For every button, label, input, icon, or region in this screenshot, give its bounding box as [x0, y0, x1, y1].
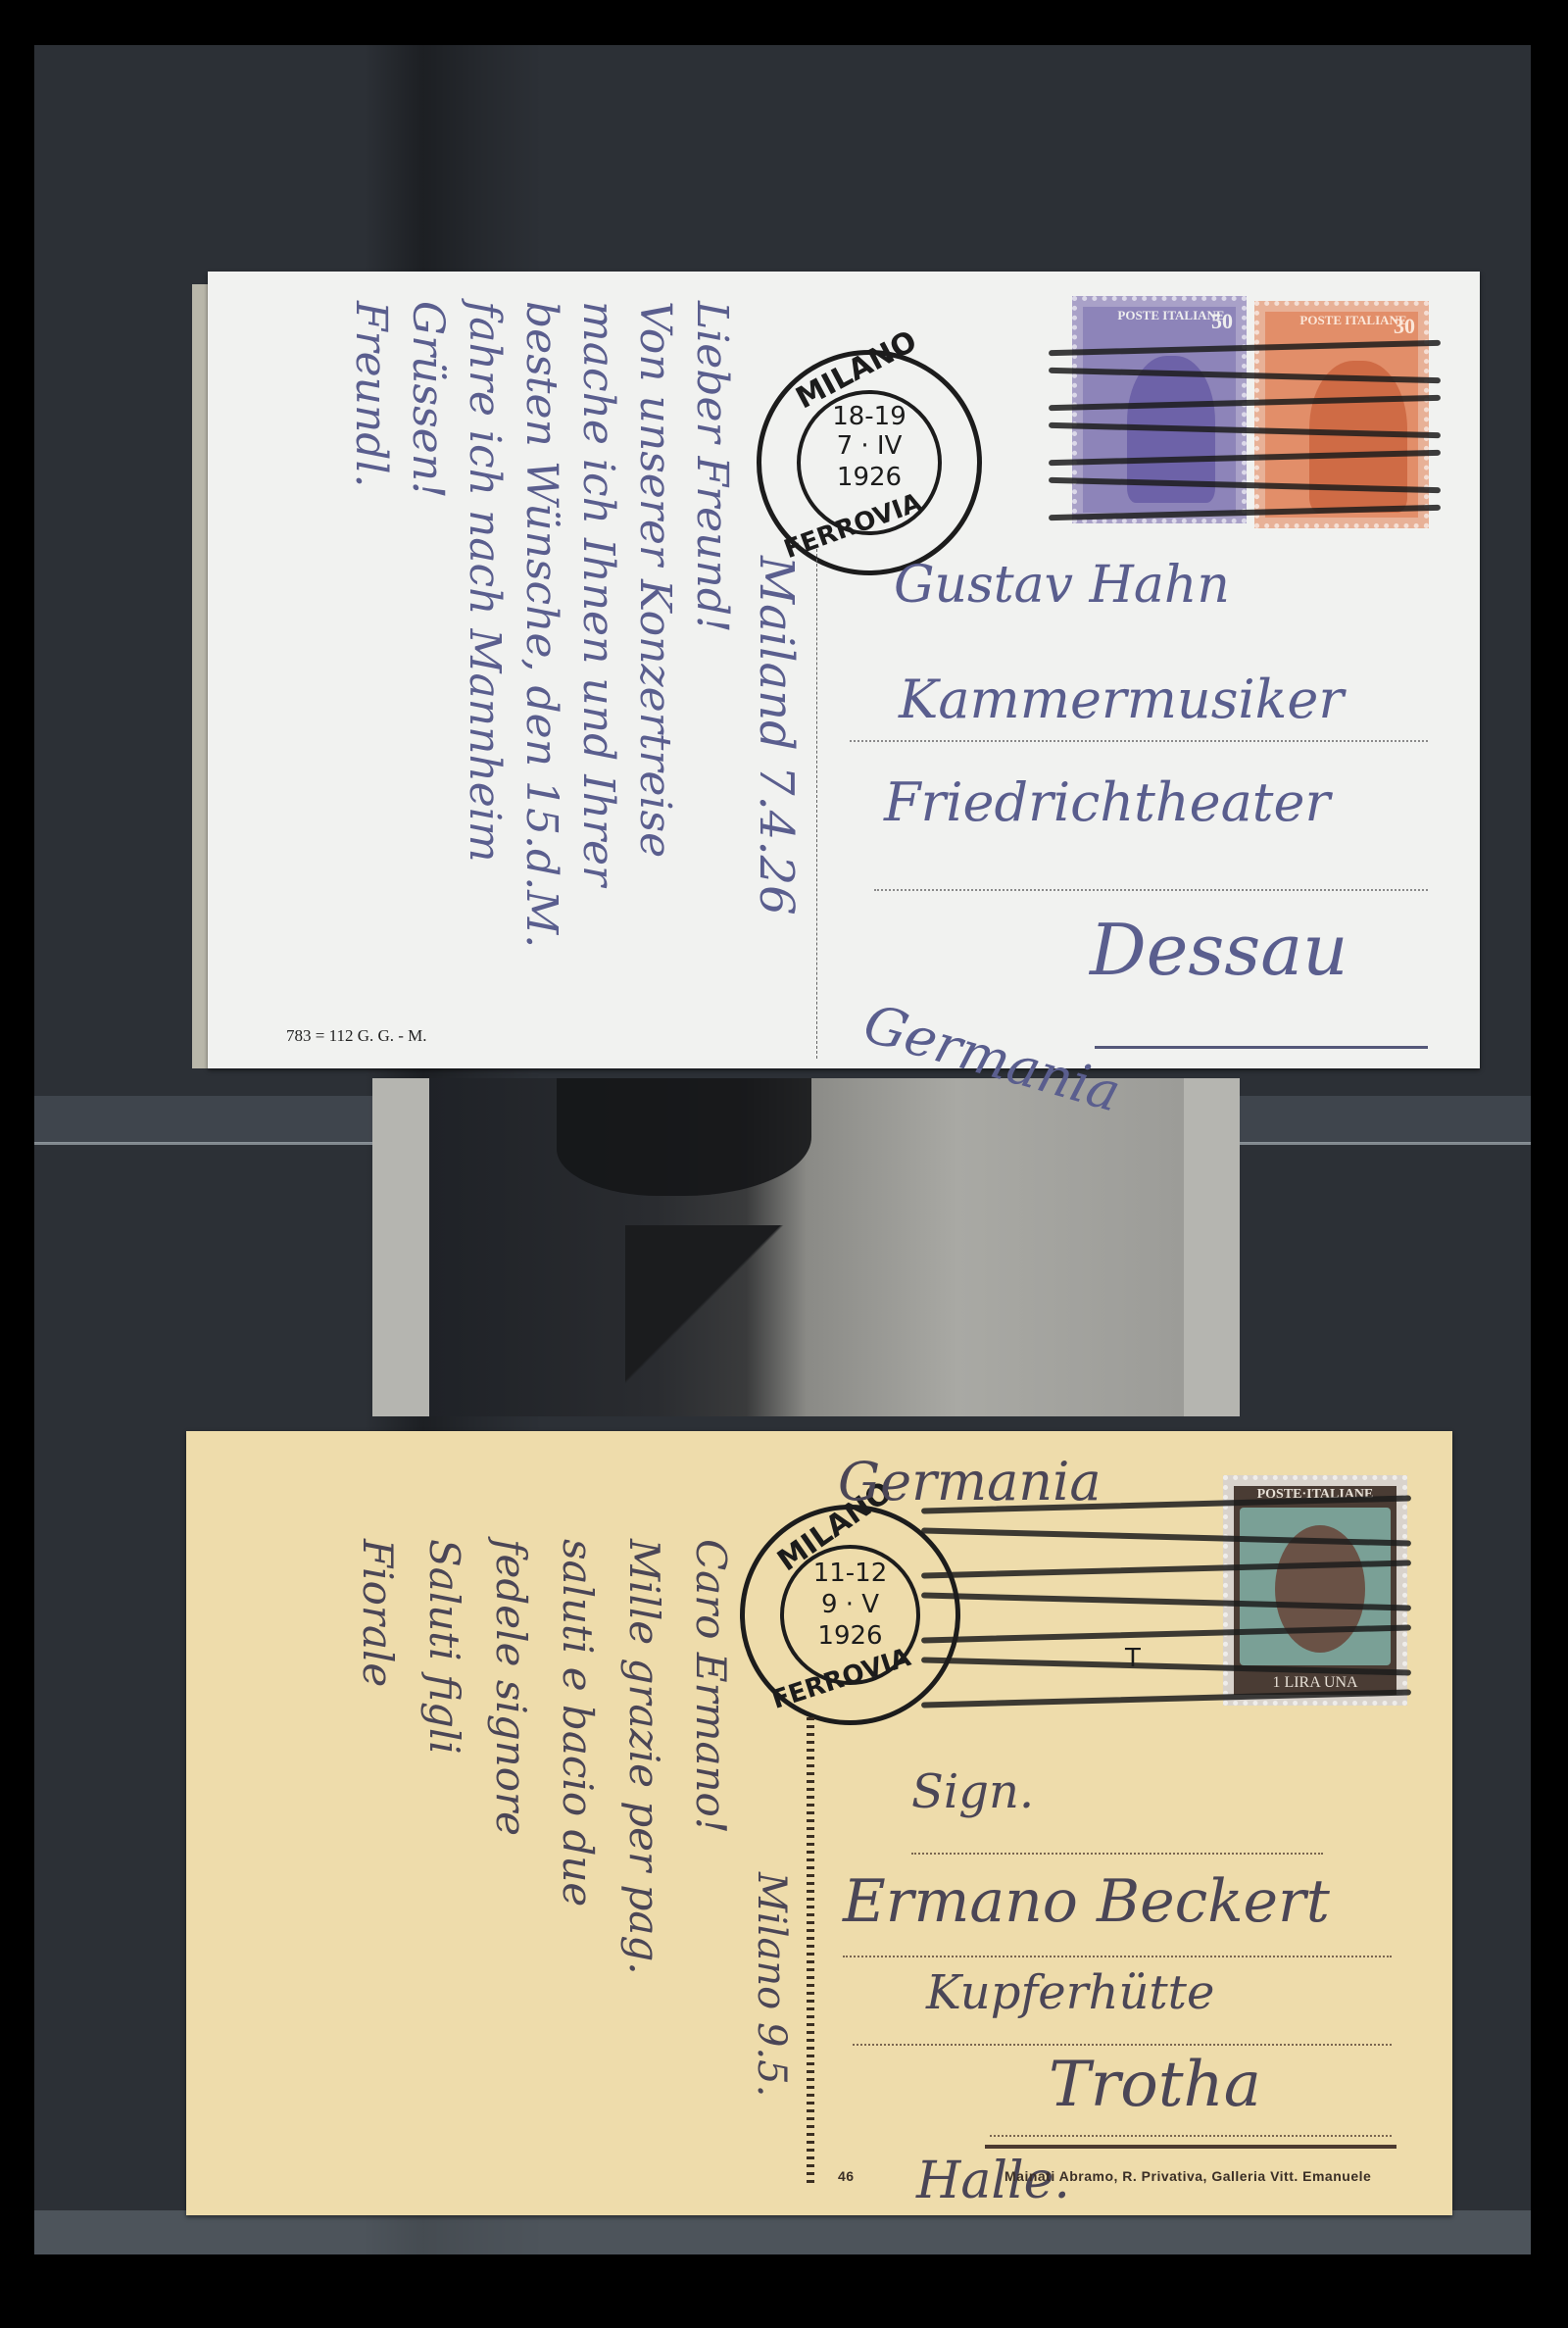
address-line: Trotha: [1049, 2049, 1261, 2121]
address-rule: [911, 1853, 1323, 1855]
cancel-letter: T: [1125, 1644, 1141, 1673]
photo-hill: [625, 1225, 821, 1416]
message-line: Grüssen!: [403, 301, 453, 499]
message-line: saluti e bacio due: [554, 1539, 602, 1907]
postcard-bottom[interactable]: POSTE·ITALIANE 1 LIRA UNA T 11-12 9 · V …: [186, 1431, 1452, 2215]
stamp-value: 50: [1211, 309, 1233, 334]
message-line: Fiorale: [354, 1539, 402, 1687]
address-line: Dessau: [1090, 909, 1348, 991]
message-line: Saluti figli: [420, 1539, 468, 1755]
photo-postcard[interactable]: [372, 1078, 1240, 1416]
message-line: Lieber Freund!: [687, 301, 737, 633]
postcard-top[interactable]: POSTE ITALIANE 50 POSTE ITALIANE 30 18-1…: [208, 272, 1480, 1068]
address-rule: [874, 889, 1428, 891]
message-line: fedele signore: [487, 1539, 535, 1836]
card-number: 46: [838, 2168, 855, 2184]
photo-image: [429, 1078, 1184, 1416]
address-line: Gustav Hahn: [894, 556, 1230, 615]
message-line: besten Wünsche, den 15.d.M.: [516, 301, 566, 948]
address-rule: [990, 2135, 1392, 2137]
message-line: Caro Ermano!: [687, 1539, 735, 1834]
publisher-line: Mainati Abramo, R. Privativa, Galleria V…: [1004, 2168, 1371, 2184]
address-rule: [850, 740, 1428, 742]
card-divider: [816, 549, 817, 1059]
printer-mark: 783 = 112 G. G. - M.: [286, 1026, 427, 1046]
address-underline: [1095, 1046, 1428, 1049]
address-line: Kammermusiker: [899, 669, 1344, 730]
address-rule: [843, 1956, 1392, 1957]
address-line: Ermano Beckert: [843, 1867, 1330, 1936]
postmark-day: 7 · IV: [801, 431, 938, 461]
pocket-strip-bottom: [34, 2210, 1531, 2254]
address-line: Friedrichtheater: [884, 771, 1330, 833]
message-line: fahre ich nach Mannheim: [460, 301, 510, 863]
stamp-value: 1 LIRA UNA: [1234, 1674, 1396, 1692]
postmark-milano: 18-19 7 · IV 1926 MILANO FERROVIA: [757, 350, 982, 575]
country-note: Germania: [838, 1451, 1102, 1512]
postmark-day: 9 · V: [784, 1590, 916, 1619]
postmark-milano: 11-12 9 · V 1926 MILANO FERROVIA: [740, 1505, 960, 1725]
place-date: Mailand 7.4.26: [749, 556, 804, 916]
stamp-50-cent[interactable]: POSTE ITALIANE 50: [1072, 296, 1247, 523]
message-line: mache ich Ihnen und Ihrer: [573, 301, 623, 886]
message-line: Von unserer Konzertreise: [630, 301, 680, 858]
stamp-30-cent[interactable]: POSTE ITALIANE 30: [1254, 301, 1429, 528]
address-underline: [985, 2145, 1396, 2149]
address-line: Sign.: [911, 1764, 1034, 1819]
card-divider: [807, 1717, 814, 2183]
stamp-value: 30: [1394, 314, 1415, 339]
address-line: Kupferhütte: [926, 1965, 1214, 2020]
photo-tree: [557, 1078, 811, 1196]
address-rule: [853, 2044, 1392, 2046]
message-line: Mille grazie per pag.: [620, 1539, 668, 1975]
postmark-year: 1926: [801, 463, 938, 492]
message-line: Freundl.: [346, 301, 396, 488]
place-date: Milano 9.5.: [749, 1872, 794, 2097]
